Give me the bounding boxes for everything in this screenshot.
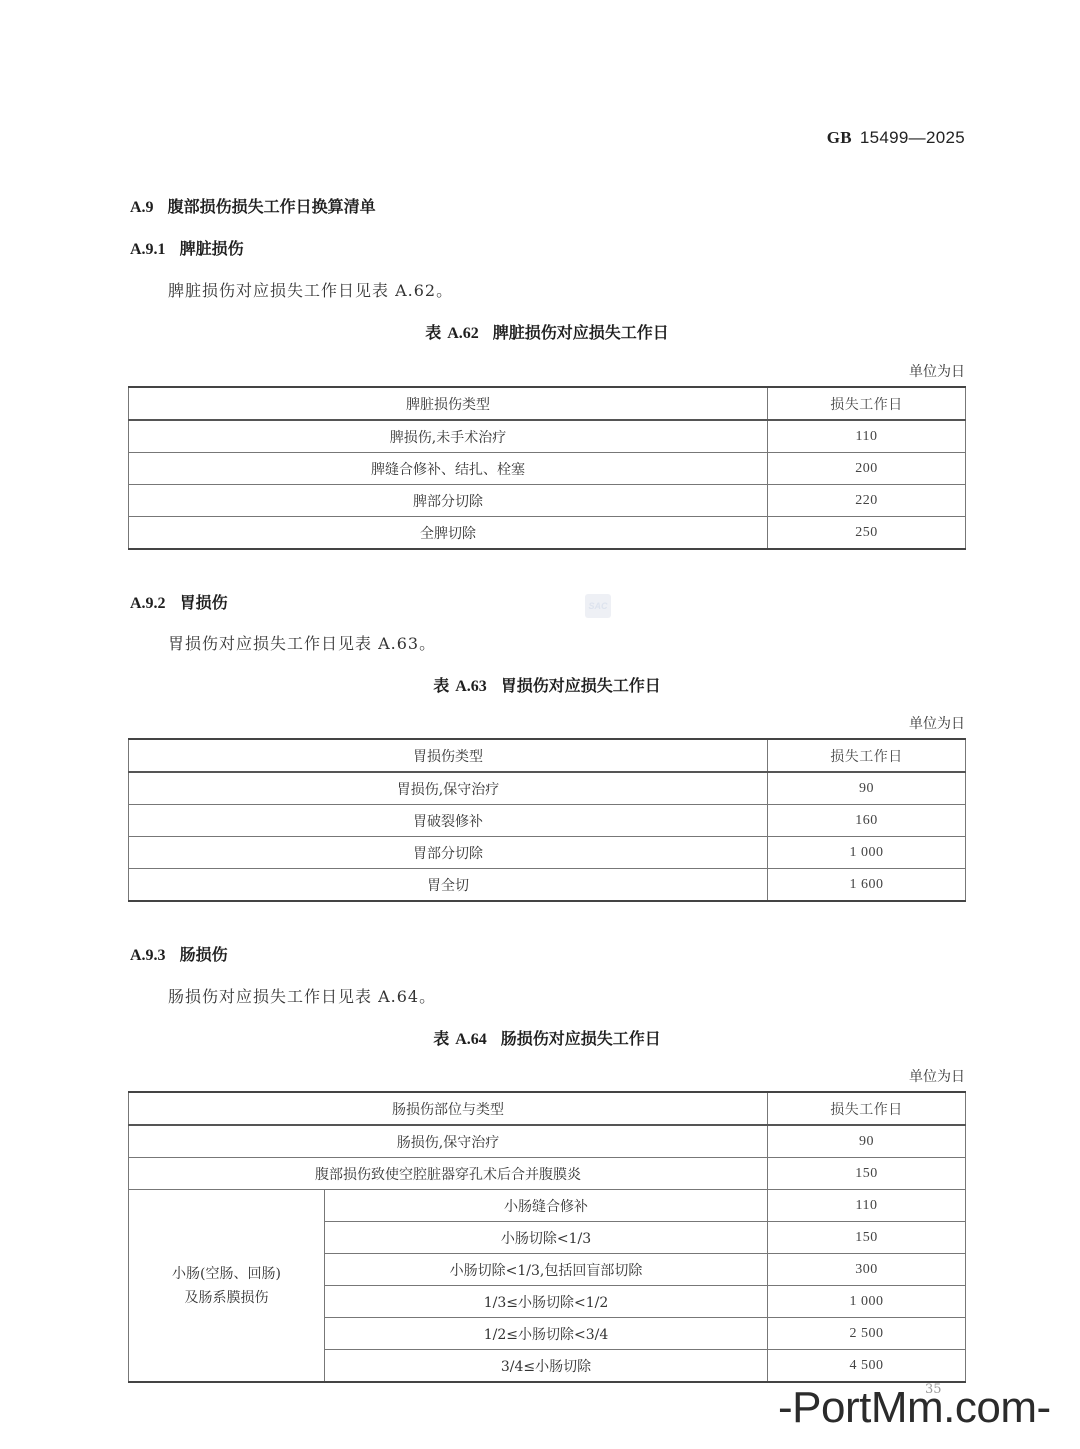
standard-number: 15499—2025 [860, 128, 965, 147]
table-a62: 脾脏损伤类型 损失工作日 脾损伤,未手术治疗110 脾缝合修补、结扎、栓塞200… [128, 386, 966, 550]
table-row: 脾损伤,未手术治疗110 [129, 420, 966, 453]
table-row: 胃部分切除1 000 [129, 837, 966, 869]
table-header-row: 胃损伤类型 损失工作日 [129, 739, 966, 772]
table-a63: 胃损伤类型 损失工作日 胃损伤,保守治疗90 胃破裂修补160 胃部分切除1 0… [128, 738, 966, 902]
paragraph-spleen: 脾脏损伤对应损失工作日见表 A.62。 [168, 278, 453, 301]
paragraph-intestine: 肠损伤对应损失工作日见表 A.64。 [168, 984, 436, 1007]
unit-label: 单位为日 [909, 1066, 965, 1086]
subsection-heading-intestine: A.9.3肠损伤 [130, 942, 228, 965]
table-row: 脾部分切除220 [129, 485, 966, 517]
table-row: 脾缝合修补、结扎、栓塞200 [129, 453, 966, 485]
table-row: 腹部损伤致使空腔脏器穿孔术后合并腹膜炎150 [129, 1158, 966, 1190]
table-a64: 肠损伤部位与类型 损失工作日 肠损伤,保守治疗90 腹部损伤致使空腔脏器穿孔术后… [128, 1091, 966, 1383]
table-caption-a62: 表A.62脾脏损伤对应损失工作日 [0, 320, 1080, 343]
table-header-row: 肠损伤部位与类型 损失工作日 [129, 1092, 966, 1125]
group-label-small-intestine: 小肠(空肠、回肠) 及肠系膜损伤 [129, 1190, 325, 1383]
section-heading: A.9腹部损伤损失工作日换算清单 [130, 194, 376, 217]
table-row: 胃损伤,保守治疗90 [129, 772, 966, 805]
unit-label: 单位为日 [909, 361, 965, 381]
unit-label: 单位为日 [909, 713, 965, 733]
table-header-row: 脾脏损伤类型 损失工作日 [129, 387, 966, 420]
site-watermark: -PortMm.com- [778, 1382, 1051, 1434]
table-caption-a63: 表A.63胃损伤对应损失工作日 [0, 673, 1080, 696]
sac-logo-watermark: SAC [585, 594, 611, 618]
table-row: 胃破裂修补160 [129, 805, 966, 837]
standard-code: GB15499—2025 [827, 128, 965, 148]
table-row: 全脾切除250 [129, 517, 966, 550]
subsection-heading-stomach: A.9.2胃损伤 [130, 590, 228, 613]
table-caption-a64: 表A.64肠损伤对应损失工作日 [0, 1026, 1080, 1049]
standard-prefix: GB [827, 128, 852, 147]
paragraph-stomach: 胃损伤对应损失工作日见表 A.63。 [168, 631, 436, 654]
table-row: 小肠(空肠、回肠) 及肠系膜损伤 小肠缝合修补110 [129, 1190, 966, 1222]
table-row: 肠损伤,保守治疗90 [129, 1125, 966, 1158]
subsection-heading-spleen: A.9.1脾脏损伤 [130, 236, 244, 259]
table-row: 胃全切1 600 [129, 869, 966, 902]
